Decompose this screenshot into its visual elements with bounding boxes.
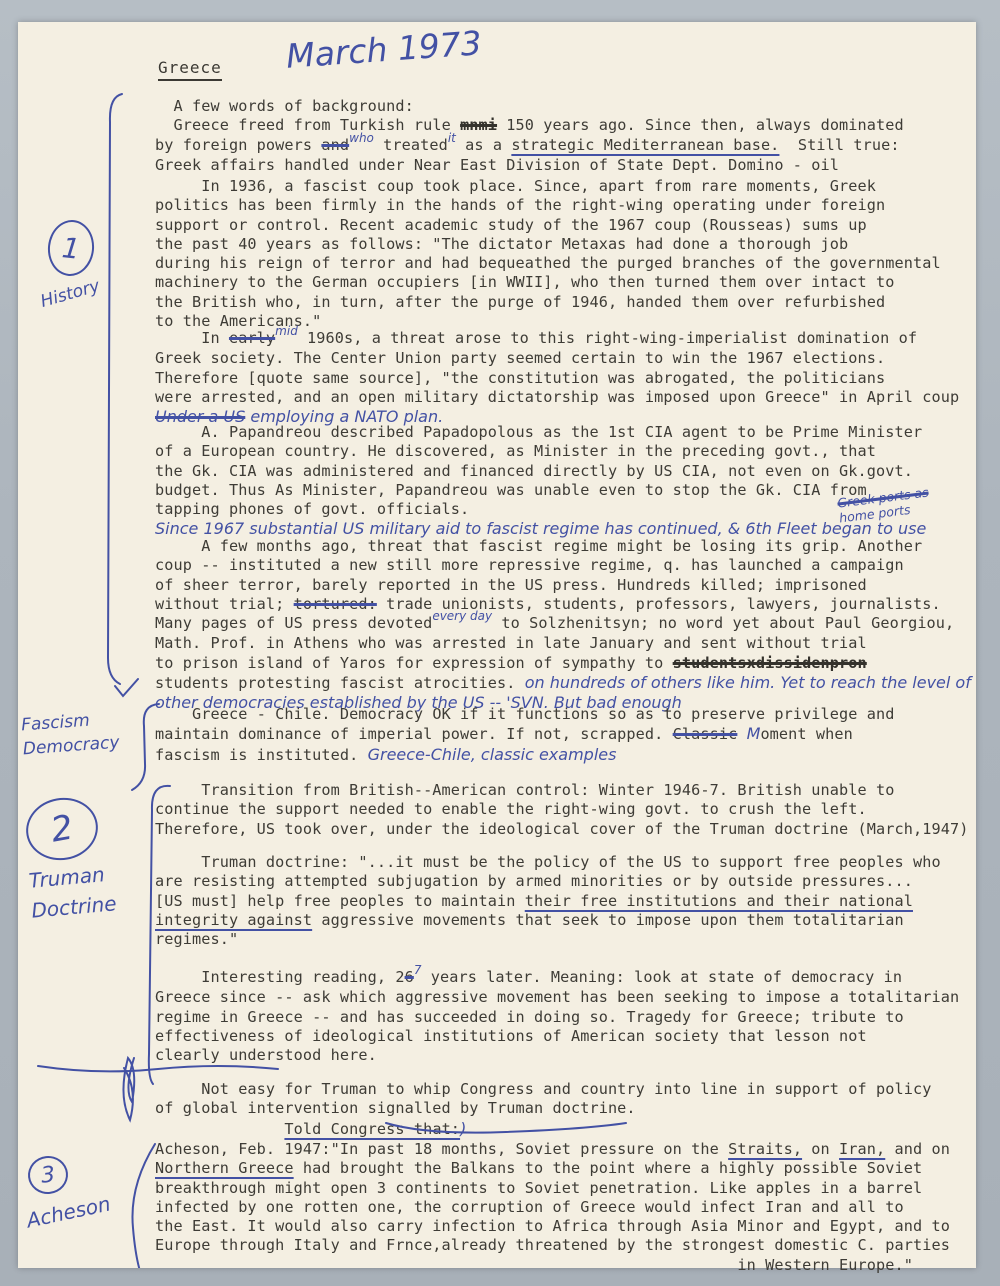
margin-label-truman-doctrine: TrumanDoctrine [28,858,118,925]
margin-label-history: History [38,276,102,312]
cross-mark-horizontal [38,1066,278,1071]
paragraph-1936-coup: In 1936, a fascist coup took place. Sinc… [155,177,991,331]
paragraph-interesting: Interesting reading, 267 years later. Me… [155,968,991,1065]
paragraph-acheson-quote: Acheson, Feb. 1947:"In past 18 months, S… [155,1140,991,1275]
document-page: Greece March 1973 A few words of backgro… [18,22,976,1268]
bracket-acheson [132,1144,155,1268]
checkmark [115,679,138,696]
margin-label-democracy: Democracy [22,733,120,760]
margin-label-fascism-democracy: FascismDemocracy [20,707,120,762]
margin-label-truman: Truman [28,862,106,893]
paragraph-background: A few words of background: Greece freed … [155,97,991,175]
bracket-section-1 [108,94,122,684]
margin-label-doctrine: Doctrine [30,891,117,922]
scribble-arrow [123,1058,134,1120]
paragraph-not-easy: Not easy for Truman to whip Congress and… [155,1080,991,1139]
margin-circled-number-3: 3 [26,1154,70,1196]
paragraph-repression: A few months ago, threat that fascist re… [155,537,991,714]
margin-label-fascism: Fascism [21,711,91,736]
margin-label-acheson: Acheson [24,1191,112,1232]
page-title: Greece [158,58,222,81]
paragraph-greece-chile: Greece - Chile. Democracy OK if it funct… [155,705,991,765]
margin-circled-number-2: 2 [21,792,103,866]
paragraph-transition: Transition from British--American contro… [155,781,991,839]
paragraph-1960s-threat: In earlymid 1960s, a threat arose to thi… [155,329,991,427]
handwritten-date: March 1973 [285,23,483,76]
paragraph-truman-quote: Truman doctrine: "...it must be the poli… [155,853,991,949]
margin-circled-number-1: 1 [45,218,97,279]
